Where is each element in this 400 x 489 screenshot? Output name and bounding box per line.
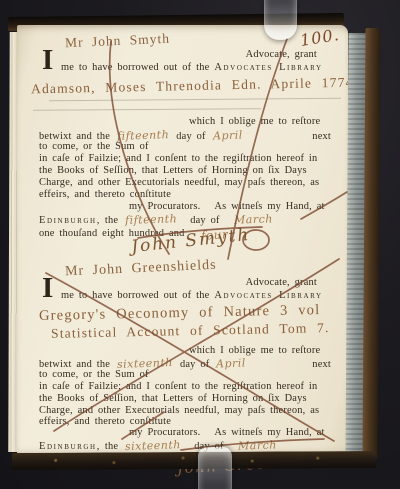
printed-restore-line: which I oblige me to reſtore <box>189 116 320 127</box>
acrylic-book-strap-bottom <box>198 447 232 489</box>
printed-effeirs-line: effeirs, and thereto conſtitute <box>39 416 171 427</box>
printed-effeirs-line: effeirs, and thereto conſtitute <box>39 189 171 200</box>
next-word: next <box>312 359 331 370</box>
borrowed-prefix: me to have borrowed out of the <box>61 290 209 301</box>
witness-text: As witneſs my Hand, at <box>214 427 324 438</box>
day-of-label: day of <box>176 131 205 142</box>
printed-horning-line: the Books of Seſſion, that Letters of Ho… <box>39 393 307 404</box>
handwritten-borrower-name: Mr John Greenshields <box>65 258 217 281</box>
printed-sum-line: to come, or the Sum of <box>39 141 149 152</box>
dropcap-initial: I <box>42 274 53 303</box>
pencil-rule <box>33 108 261 111</box>
pencil-rule <box>49 98 341 102</box>
library-name: Advocates Library <box>214 290 322 301</box>
procurators-text: my Procurators. <box>129 201 200 212</box>
handwritten-due-month: April <box>216 356 246 370</box>
printed-sum-line: to come, or the Sum of <box>39 369 149 380</box>
handwritten-signed-month: March <box>233 212 272 226</box>
register-page: 100. I Mr John Smyth Advocate, grant me … <box>17 25 348 454</box>
procurators-text: my Procurators. <box>129 427 200 438</box>
witness-text: As witneſs my Hand, at <box>214 201 324 212</box>
borrowing-entry-1: I Mr John Smyth Advocate, grant me to ha… <box>39 33 339 257</box>
printed-borrowed-line: me to have borrowed out of the Advocates… <box>61 290 323 301</box>
printed-restore-line: which I oblige me to reſtore <box>189 345 320 356</box>
printed-borrowed-line: me to have borrowed out of the Advocates… <box>61 62 323 73</box>
printed-procurators-line: my Procurators. As witneſs my Hand, at <box>129 427 325 438</box>
acrylic-book-strap-top <box>264 0 297 40</box>
printed-grant-suffix: Advocate, grant <box>246 277 317 288</box>
dropcap-initial: I <box>42 46 53 75</box>
handwritten-borrower-name: Mr John Smyth <box>65 31 171 52</box>
photograph-of-borrowing-register: 100. I Mr John Smyth Advocate, grant me … <box>0 0 400 489</box>
borrowed-prefix: me to have borrowed out of the <box>61 62 209 73</box>
book-cover-edge <box>362 28 380 460</box>
printed-failzie-line: in caſe of Failzie; and I conſent to the… <box>39 153 317 164</box>
day-of-label: day of <box>180 359 209 370</box>
handwritten-due-month: April <box>213 128 243 142</box>
printed-procurators-line: my Procurators. As witneſs my Hand, at <box>129 201 325 212</box>
printed-grant-suffix: Advocate, grant <box>246 49 317 60</box>
printed-failzie-line: in caſe of Failzie; and I conſent to the… <box>39 381 317 392</box>
book-bottom-edge <box>12 451 376 470</box>
next-word: next <box>312 131 331 142</box>
printed-horning-line: the Books of Seſſion, that Letters of Ho… <box>39 165 307 176</box>
printed-charge-line: Charge, and other Executorials needful, … <box>39 405 319 416</box>
handwritten-book-title: Adamson, Moses Threnodia Edn. Aprile 177… <box>31 75 354 98</box>
library-name: Advocates Library <box>214 62 322 73</box>
printed-charge-line: Charge, and other Executorials needful, … <box>39 177 319 188</box>
handwritten-signed-month: March <box>237 438 276 452</box>
